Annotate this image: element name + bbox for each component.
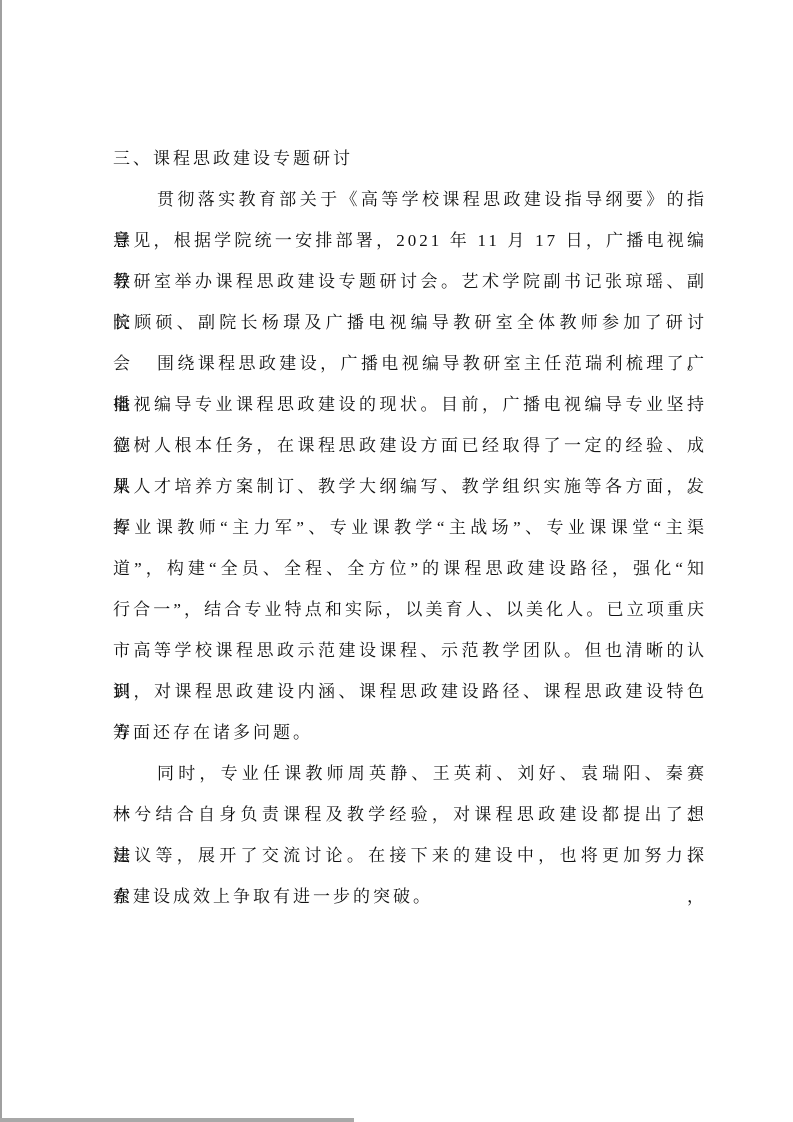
text-line: 行合一”，结合专业特点和实际，以美育人、以美化人。已立项重庆 [113, 589, 707, 630]
text-line: 市高等学校课程思政示范建设课程、示范教学团队。但也清晰的认识 [113, 630, 707, 671]
section-heading: 三、课程思政建设专题研讨 [113, 138, 707, 179]
text-line: 德树人根本任务，在课程思政建设方面已经取得了一定的经验、成果。 [113, 425, 707, 466]
text-line: 电视编导专业课程思政建设的现状。目前，广播电视编导专业坚持立 [113, 384, 707, 425]
text-line: 围绕课程思政建设，广播电视编导教研室主任范瑞利梳理了广播 [113, 343, 707, 384]
document-body: 三、课程思政建设专题研讨 贯彻落实教育部关于《高等学校课程思政建设指导纲要》的指… [113, 138, 707, 917]
page-edge-left [0, 0, 2, 1122]
text-line: 贯彻落实教育部关于《高等学校课程思政建设指导纲要》的指导 [113, 179, 707, 220]
text-line: 专业课教师“主力军”、专业课教学“主战场”、专业课课堂“主渠 [113, 507, 707, 548]
text-line: 方面还存在诸多问题。 [113, 712, 707, 753]
text-line: 建议等，展开了交流讨论。在接下来的建设中，也将更加努力探索， [113, 835, 707, 876]
text-line: 教研室举办课程思政建设专题研讨会。艺术学院副书记张琼瑶、副院 [113, 261, 707, 302]
text-line: 从人才培养方案制订、教学大纲编写、教学组织实施等各方面，发挥 [113, 466, 707, 507]
text-line: 林兮结合自身负责课程及教学经验，对课程思政建设都提出了想法、 [113, 794, 707, 835]
text-line: 到，对课程思政建设内涵、课程思政建设路径、课程思政建设特色等 [113, 671, 707, 712]
document-page: 三、课程思政建设专题研讨 贯彻落实教育部关于《高等学校课程思政建设指导纲要》的指… [0, 0, 793, 1122]
text-line: 道”，构建“全员、全程、全方位”的课程思政建设路径，强化“知 [113, 548, 707, 589]
text-line: 意见，根据学院统一安排部署，2021 年 11 月 17 日，广播电视编导 [113, 220, 707, 261]
page-edge-bottom [0, 1118, 354, 1122]
text-line: 长顾硕、副院长杨璟及广播电视编导教研室全体教师参加了研讨会。 [113, 302, 707, 343]
text-line: 同时，专业任课教师周英静、王英莉、刘好、袁瑞阳、秦赛一、 [113, 753, 707, 794]
